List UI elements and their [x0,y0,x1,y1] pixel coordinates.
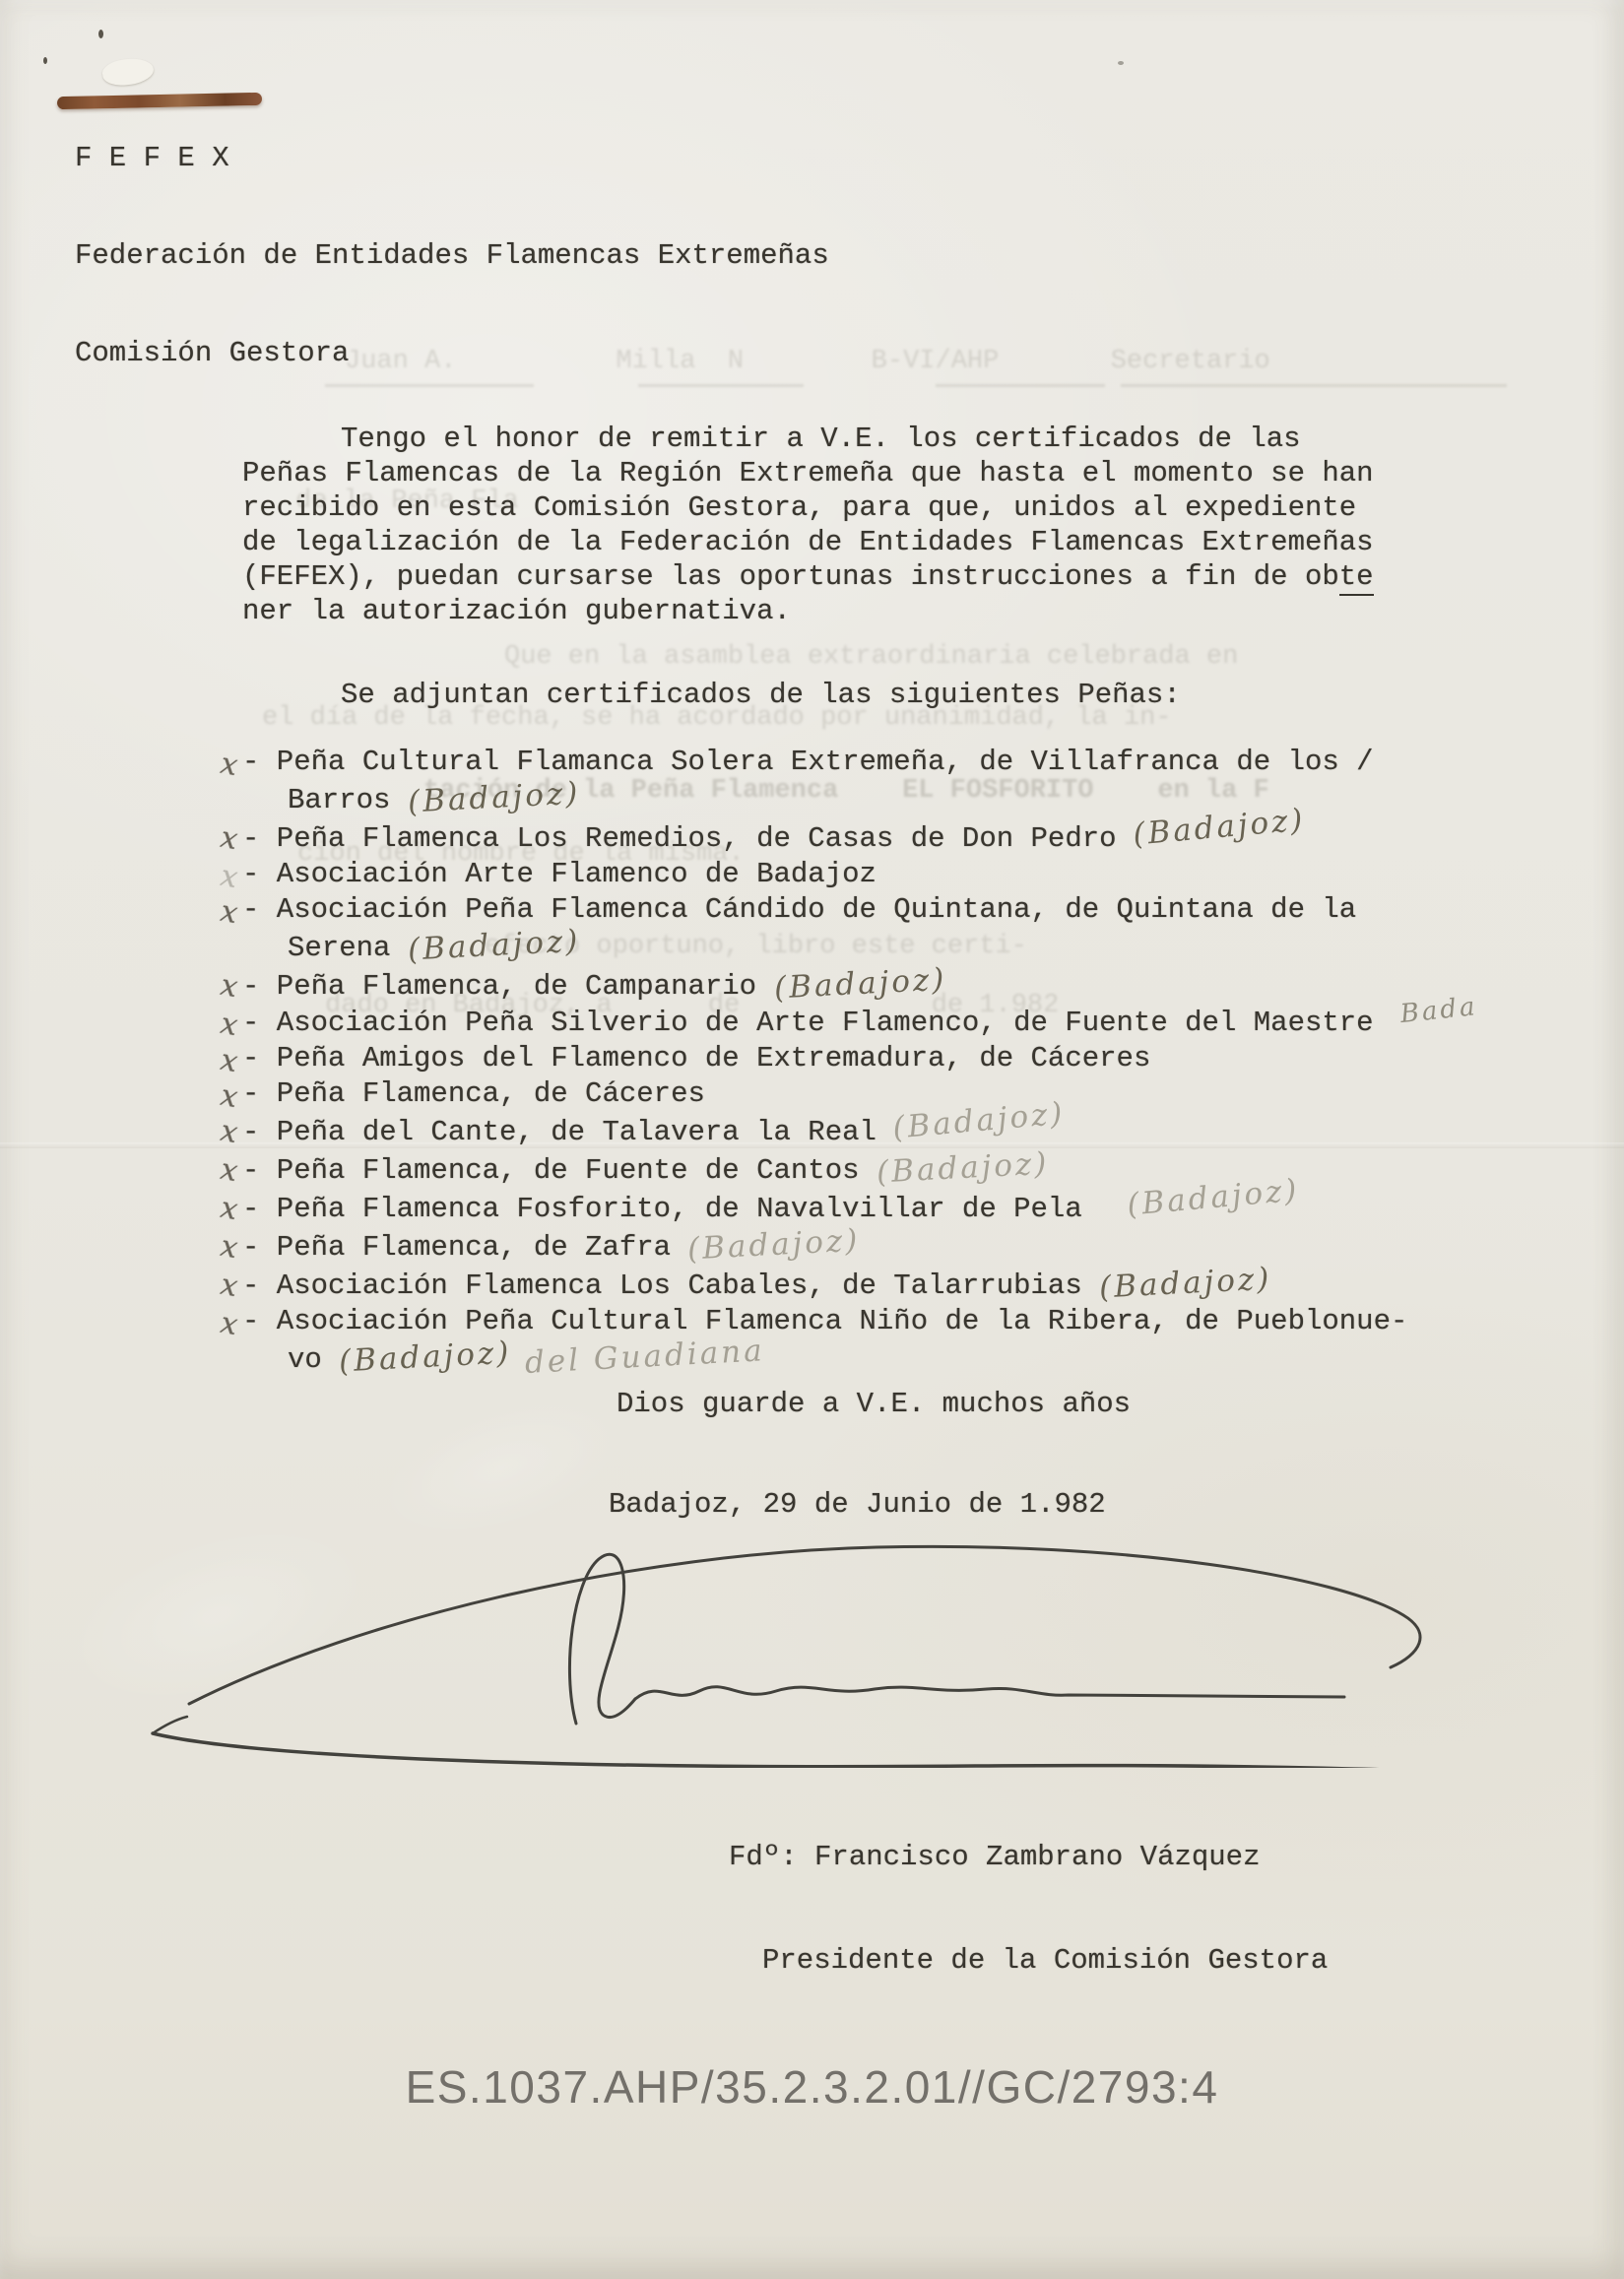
typed-text: - Peña del Cante, de Talavera la Real [242,1116,893,1148]
typed-text: - Asociación Peña Cultural Flamenca Niño… [242,1305,1407,1337]
list-item-line: - Peña Flamenca Los Remedios, de Casas d… [242,818,1478,857]
typed-text: vo [288,1343,339,1376]
archive-reference: ES.1037.AHP/35.2.3.2.01//GC/2793:4 [0,2060,1624,2114]
handwritten-annotation: (Badajoz) [407,775,581,819]
list-item-line: - Peña del Cante, de Talavera la Real (B… [242,1112,1478,1150]
handwritten-annotation: (Badajoz) [876,1145,1050,1190]
handwritten-annotation: (Badajoz) [338,1335,512,1379]
typed-text: - Peña Flamenca Fosforito, de Navalvilla… [242,1193,1082,1225]
signature-svg [128,1522,1527,1768]
typed-text: - Asociación Peña Flamenca Cándido de Qu… [242,893,1356,926]
handwritten-annotation: (Badajoz) [407,923,581,967]
org-unit: Comisión Gestora [75,337,829,369]
list-item-line: - Asociación Peña Flamenca Cándido de Qu… [242,892,1478,928]
list-item-line: - Peña Amigos del Flamenco de Extremadur… [242,1041,1478,1076]
ghost-text-line: Que en la asamblea extraordinaria celebr… [504,642,1238,672]
typed-text: - Peña Amigos del Flamenco de Extremadur… [242,1042,1150,1074]
list-item-line: - Peña Flamenca, de Cáceres [242,1076,1478,1112]
typed-text: - Peña Flamenca, de Fuente de Cantos [242,1154,877,1187]
paper-speck [1118,61,1124,65]
attachments-intro: Se adjuntan certificados de las siguient… [341,678,1181,712]
valediction: Dios guarde a V.E. muchos años [617,1387,1131,1421]
typed-text: - Peña Flamenca, de Zafra [242,1231,687,1264]
paper-speck [98,30,103,38]
paragraph-line: recibido en esta Comisión Gestora, para … [242,490,1374,525]
typed-text: - Asociación Flamenca Los Cabales, de Ta… [242,1270,1099,1302]
paragraph-line: Tengo el honor de remitir a V.E. los cer… [242,422,1374,456]
list-item: x- Peña del Cante, de Talavera la Real (… [242,1112,1478,1150]
list-item: x- Asociación Arte Flamenco de Badajoz [242,857,1478,892]
signature-scribble [128,1522,1527,1773]
typed-text: - Asociación Peña Silverio de Arte Flame… [242,1007,1374,1039]
body-paragraph: Tengo el honor de remitir a V.E. los cer… [242,422,1374,628]
list-item: x- Peña Flamenca, de Zafra (Badajoz) [242,1227,1478,1266]
typed-text: Barros [288,784,408,816]
typed-text: - Peña Flamenca Los Remedios, de Casas d… [242,822,1134,855]
org-name: Federación de Entidades Flamencas Extrem… [75,239,829,272]
paragraph-line: de legalización de la Federación de Enti… [242,525,1374,559]
list-item: x- Peña Flamenca Fosforito, de Navalvill… [242,1189,1478,1227]
list-item-line: - Peña Flamenca, de Zafra (Badajoz) [242,1227,1478,1266]
dateline: Badajoz, 29 de Junio de 1.982 [609,1487,1106,1522]
paragraph-line: Peñas Flamencas de la Región Extremeña q… [242,456,1374,490]
handwritten-annotation: del Guadiana [511,1333,765,1381]
typed-text: - Peña Cultural Flamanca Solera Extremeñ… [242,746,1374,778]
org-acronym: F E F E X [75,142,829,174]
handwritten-annotation: (Badajoz) [687,1222,862,1267]
paragraph-line: ner la autorización gubernativa. [242,594,1374,628]
letterhead: F E F E X Federación de Entidades Flamen… [75,77,829,402]
list-item: x- Peña Flamenca, de Campanario (Badajoz… [242,966,1478,1005]
typed-text: - Asociación Arte Flamenco de Badajoz [242,858,877,890]
ghost-underline [936,384,1105,387]
list-item-line: - Asociación Peña Silverio de Arte Flame… [242,1005,1478,1041]
list-item-line: - Asociación Flamenca Los Cabales, de Ta… [242,1266,1478,1304]
typed-text: - Peña Flamenca, de Cáceres [242,1077,705,1110]
attachments-list: x- Peña Cultural Flamanca Solera Extreme… [242,745,1478,1378]
list-item: x- Asociación Flamenca Los Cabales, de T… [242,1266,1478,1304]
list-item: x- Asociación Peña Cultural Flamenca Niñ… [242,1304,1478,1378]
paragraph-line: (FEFEX), puedan cursarse las oportunas i… [242,559,1374,594]
handwritten-annotation: (Badajoz) [773,961,947,1006]
signer-block: Fdº: Francisco Zambrano Vázquez Presiden… [729,1771,1328,2012]
signed-by: Fdº: Francisco Zambrano Vázquez [729,1840,1328,1874]
list-item: x- Asociación Peña Flamenca Cándido de Q… [242,892,1478,966]
list-item-line: - Peña Cultural Flamanca Solera Extremeñ… [242,745,1478,780]
list-item: x- Peña Amigos del Flamenco de Extremadu… [242,1041,1478,1076]
handwritten-annotation: (Badajoz) [1098,1261,1272,1305]
paper-speck [43,57,47,64]
list-item: x- Asociación Peña Silverio de Arte Flam… [242,1005,1478,1041]
list-item-line: - Peña Flamenca, de Campanario (Badajoz) [242,966,1478,1005]
typed-text: Serena [288,932,408,964]
handwritten-annotation: Bada [1398,989,1479,1032]
list-item-continuation: vo (Badajoz) del Guadiana [242,1339,1478,1378]
list-item-line: - Peña Flamenca Fosforito, de Navalvilla… [242,1189,1478,1227]
list-item: x- Peña Flamenca Los Remedios, de Casas … [242,818,1478,857]
signer-title: Presidente de la Comisión Gestora [729,1943,1328,1978]
list-item: x- Peña Flamenca, de Cáceres [242,1076,1478,1112]
list-item-continuation: Serena (Badajoz) [242,928,1478,966]
list-item-line: - Asociación Peña Cultural Flamenca Niño… [242,1304,1478,1339]
ghost-underline [1121,384,1507,387]
typed-text: - Peña Flamenca, de Campanario [242,970,774,1003]
list-item-line: - Asociación Arte Flamenco de Badajoz [242,857,1478,892]
